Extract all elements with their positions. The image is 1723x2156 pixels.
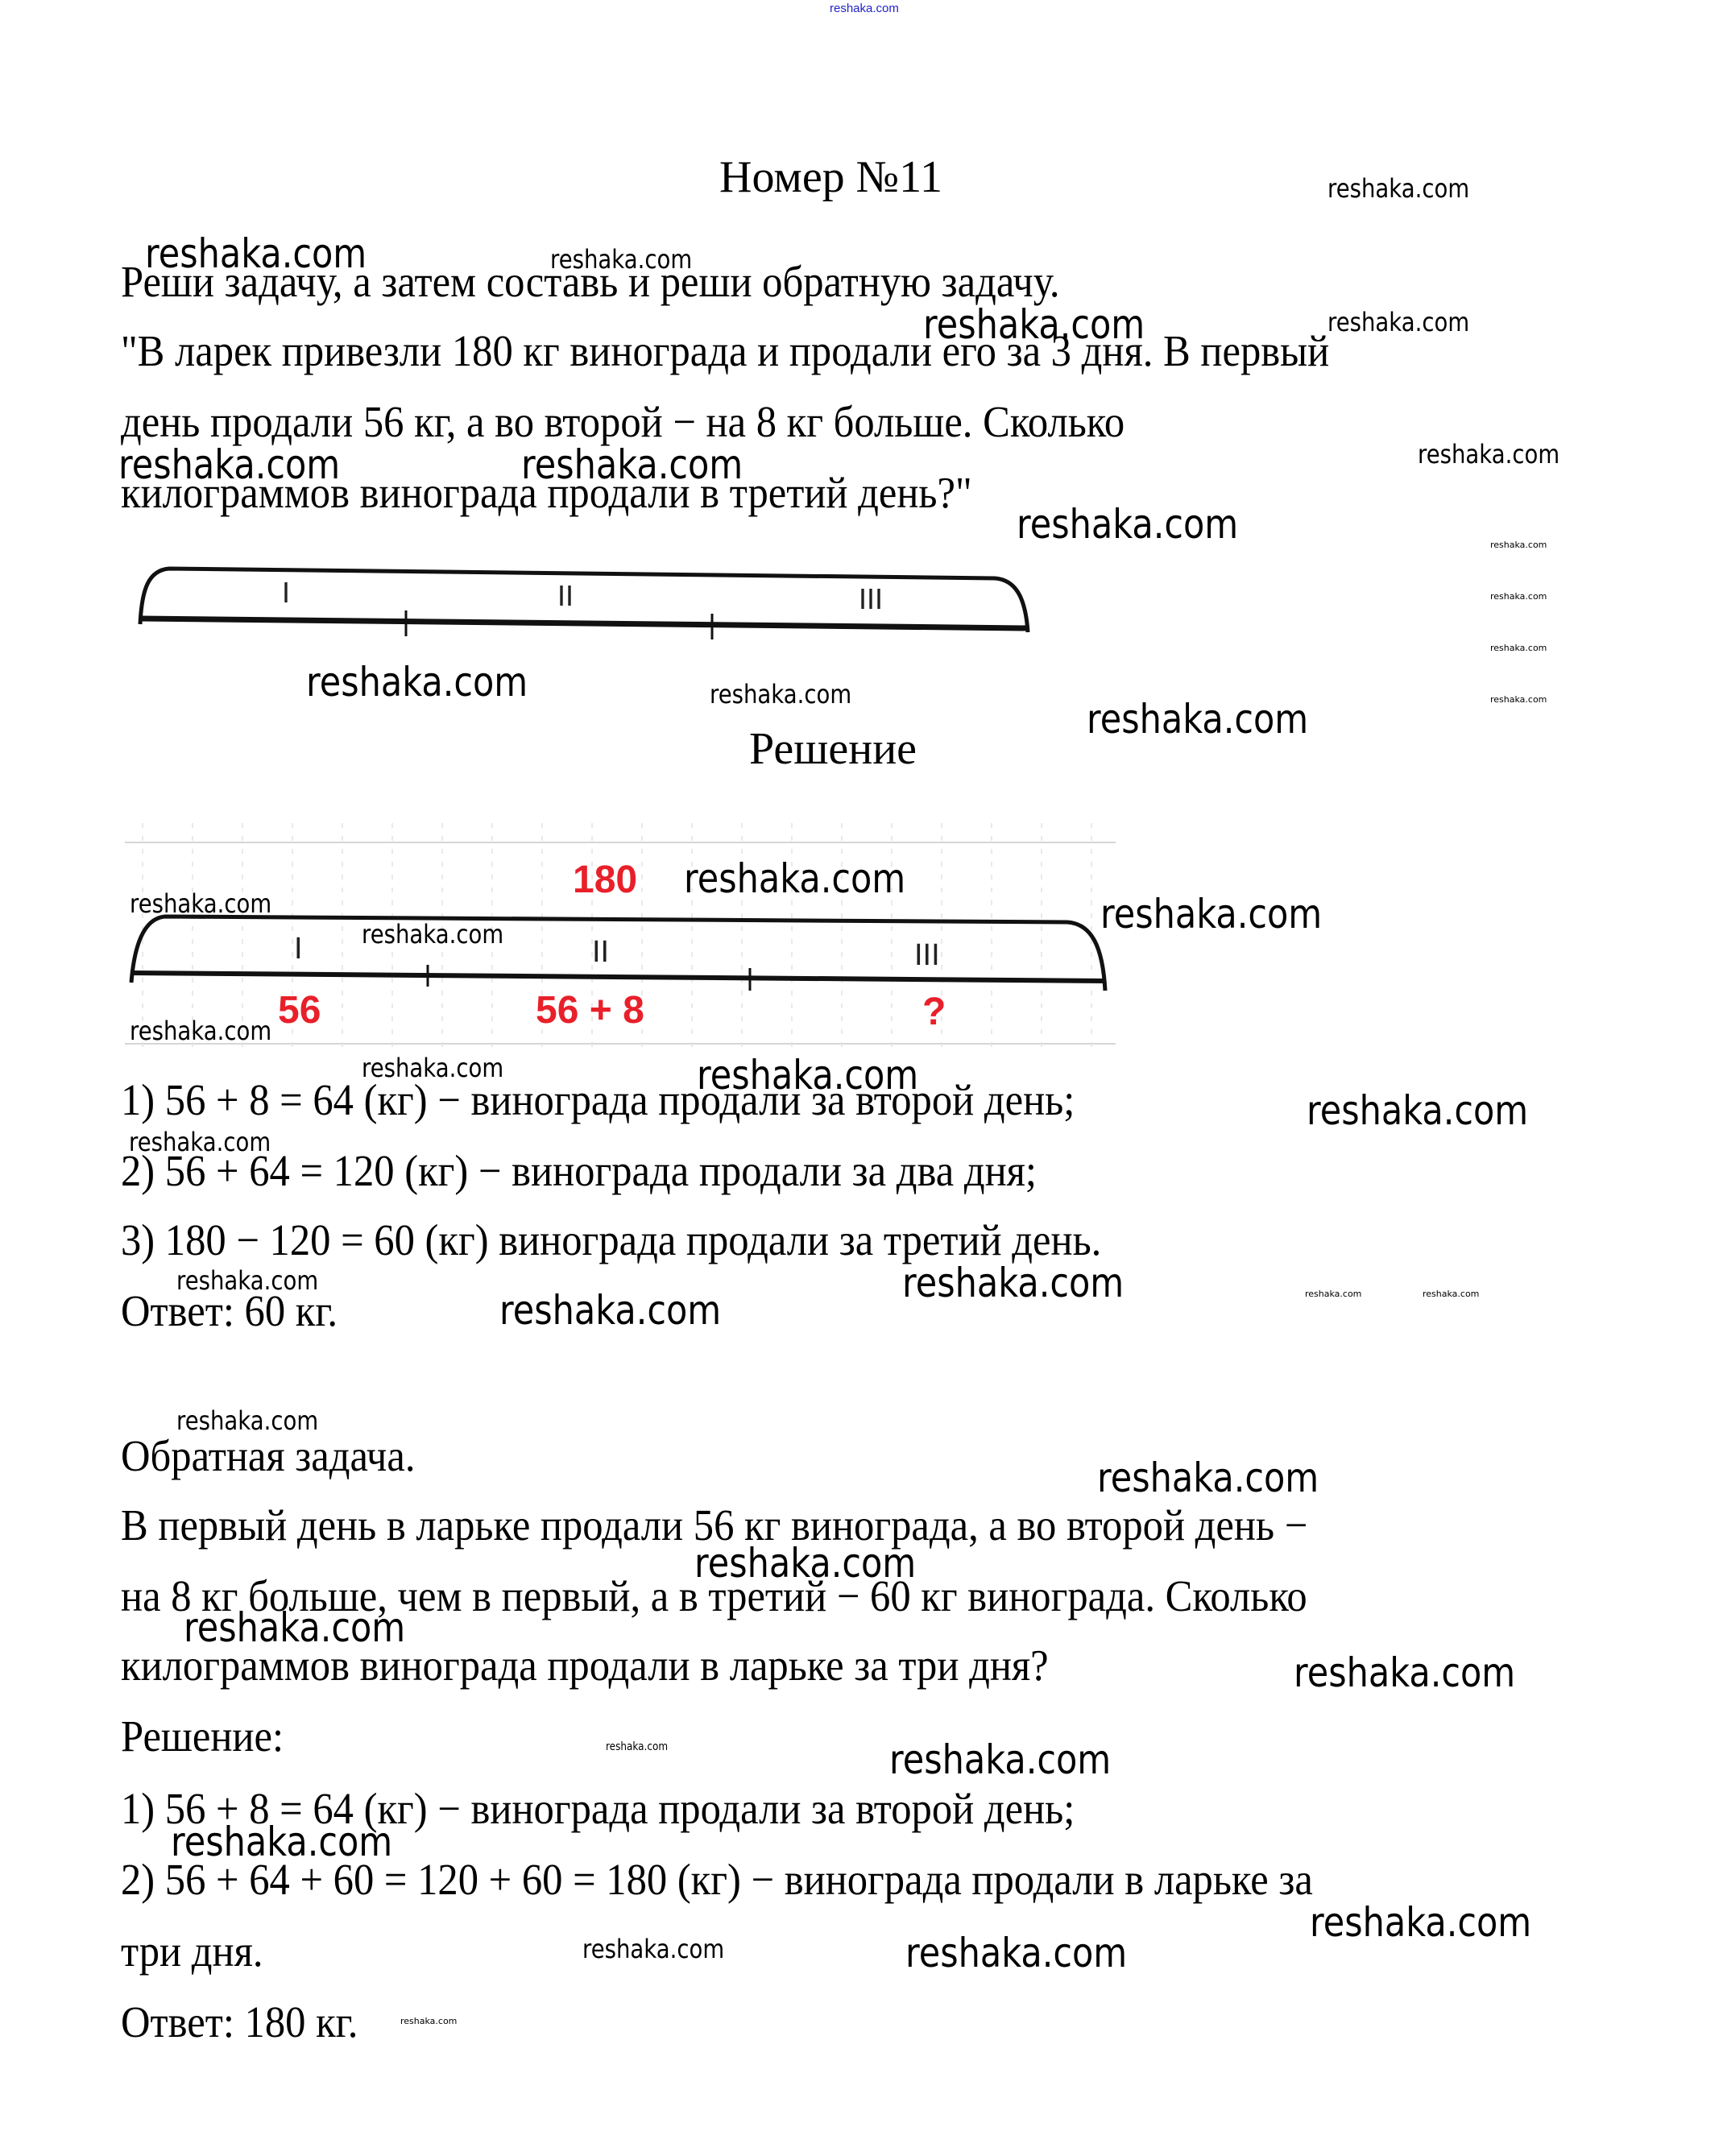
watermark: reshaka.com [145, 234, 367, 274]
watermark: reshaka.com [1423, 1289, 1479, 1298]
segment-label-3: III [859, 582, 883, 615]
watermark: reshaka.com [550, 246, 692, 272]
watermark: reshaka.com [710, 681, 851, 707]
segment-diagram-task: I II III [129, 548, 1047, 652]
watermark: reshaka.com [362, 921, 503, 947]
watermark: reshaka.com [1017, 504, 1238, 544]
inverse-answer: Ответ: 180 кг. [121, 2000, 358, 2044]
watermark: reshaka.com [306, 662, 528, 702]
watermark: reshaka.com [697, 1055, 918, 1095]
watermark: reshaka.com [923, 304, 1145, 345]
inverse-step: три дня. [121, 1929, 263, 1973]
watermark: reshaka.com [1087, 699, 1308, 739]
watermark: reshaka.com [171, 1822, 392, 1862]
watermark: reshaka.com [684, 859, 905, 899]
segment-label-1: I [294, 932, 303, 966]
watermark: reshaka.com [130, 1018, 271, 1044]
watermark: reshaka.com [1418, 441, 1559, 467]
segment-value-3: ? [922, 991, 946, 1033]
watermark: reshaka.com [499, 1290, 721, 1330]
watermark: reshaka.com [362, 1055, 503, 1081]
watermark: reshaka.com [521, 445, 743, 485]
watermark: reshaka.com [694, 1543, 916, 1583]
watermark: reshaka.com [1490, 695, 1547, 704]
segment-label-3: III [914, 938, 940, 972]
watermark: reshaka.com [1294, 1653, 1515, 1693]
inverse-solution-label: Решение: [121, 1714, 284, 1758]
watermark: reshaka.com [1310, 1902, 1531, 1943]
solution-step: 3) 180 − 120 = 60 (кг) винограда продали… [121, 1218, 1101, 1262]
watermark: reshaka.com [184, 1608, 405, 1648]
segment-label-2: II [592, 935, 609, 969]
watermark: reshaka.com [176, 1408, 318, 1434]
watermark: reshaka.com [1327, 176, 1469, 201]
watermark: reshaka.com [1490, 592, 1547, 601]
watermark: reshaka.com [582, 1936, 724, 1962]
solution-heading: Решение [749, 723, 917, 775]
page-title: Номер №11 [719, 151, 942, 203]
watermark: reshaka.com [1100, 894, 1322, 934]
watermark: reshaka.com [130, 891, 271, 917]
solution-step: 1) 56 + 8 = 64 (кг) − винограда продали … [121, 1078, 1075, 1122]
watermark: reshaka.com [1097, 1458, 1319, 1498]
watermark: reshaka.com [176, 1268, 318, 1293]
segment-label-1: I [282, 576, 290, 609]
watermark: reshaka.com [1305, 1289, 1361, 1298]
watermark: reshaka.com [1307, 1090, 1528, 1131]
watermark: reshaka.com [902, 1263, 1124, 1303]
watermark: reshaka.com [889, 1740, 1111, 1780]
watermark: reshaka.com [1490, 540, 1547, 549]
task-line: "В ларек привезли 180 кг винограда и про… [121, 329, 1329, 373]
watermark: reshaka.com [400, 2017, 457, 2026]
segment-value-2: 56 + 8 [536, 989, 644, 1032]
segment-label-2: II [557, 579, 574, 612]
inverse-heading: Обратная задача. [121, 1434, 415, 1478]
watermark: reshaka.com [1327, 309, 1469, 335]
task-line: день продали 56 кг, а во второй − на 8 к… [121, 399, 1125, 444]
watermark: reshaka.com [1490, 643, 1547, 652]
segment-value-1: 56 [278, 989, 321, 1032]
total-value: 180 [573, 859, 637, 901]
site-link[interactable]: reshaka.com [830, 2, 899, 15]
watermark: reshaka.com [905, 1933, 1127, 1973]
watermark: reshaka.com [606, 1741, 668, 1753]
watermark: reshaka.com [118, 445, 340, 485]
watermark: reshaka.com [129, 1129, 271, 1155]
